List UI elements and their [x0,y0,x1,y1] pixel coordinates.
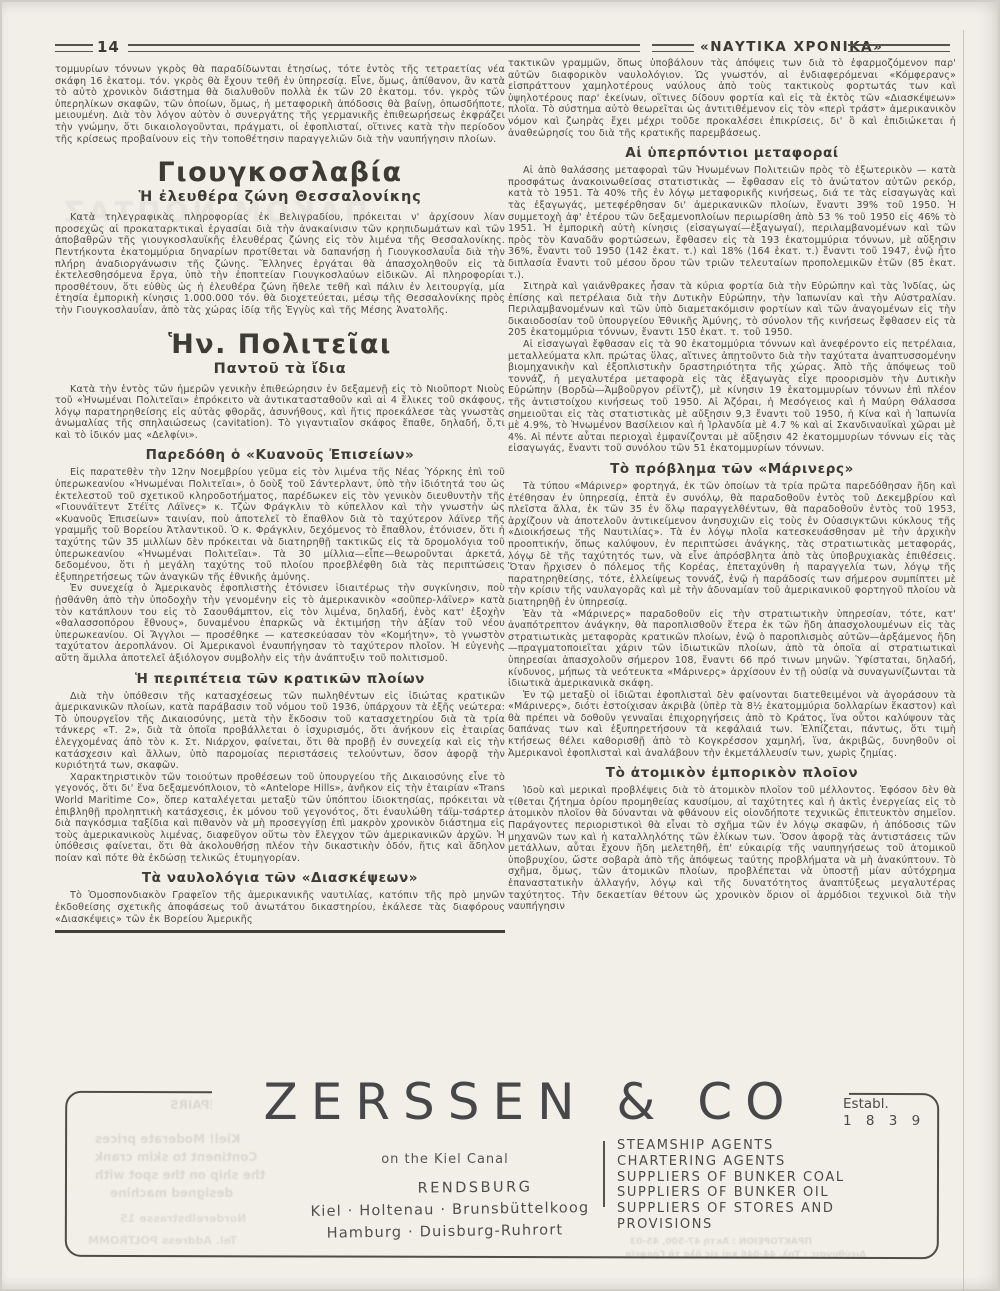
ad-established-label: Establ. [843,1096,925,1113]
magazine-page: ΠΑΚΟΜ ΝΟΠΤΑΖ SHIP REPAIRS Kiel! Moderate… [0,0,1000,1291]
blue-riband-paragraph: Εἰς παρατεθὲν τὴν 12ην Νοεμβρίου γεῦμα ε… [55,467,505,583]
heading-conference-rates: Τὰ ναυλολόγια τῶν «Διασκέψεων» [55,870,505,886]
ad-tagline: on the Kiel Canal [300,1152,590,1167]
ad-services-rule [603,1141,605,1207]
ad-services-list: STEAMSHIP AGENTS CHARTERING AGENTS SUPPL… [617,1138,845,1233]
section-title-yugoslavia: Γιουγκοσλαβία [55,158,505,187]
ad-service-item: SUPPLIERS OF STORES AND [617,1201,845,1217]
state-ships-paragraph: Διὰ τὴν ὑπόθεσιν τῆς κατασχέσεως τῶν πωλ… [55,691,505,772]
ad-service-item: SUPPLIERS OF BUNKER OIL [617,1185,845,1201]
mariners-paragraph: Ἐὰν τὰ «Μάρινερς» παραδοθοῦν εἰς τὴν στρ… [508,609,956,690]
heading-blue-riband: Παρεδόθη ὁ «Κυανοῦς Ἐπισείων» [55,447,505,463]
us-paragraph: Κατὰ τὴν ἐντὸς τῶν ἡμερῶν γενικὴν ἐπιθεώ… [55,384,505,442]
ad-established-year: 1 8 3 9 [843,1113,925,1130]
overseas-paragraph: Σιτηρὰ καὶ γαιάνθρακες ἦσαν τὰ κύρια φορ… [508,281,956,339]
mariners-paragraph: Τὰ τύπου «Μάρινερ» φορτηγά, ἐκ τῶν ὁποίω… [508,481,956,609]
scan-fold-line [963,30,964,1291]
overseas-paragraph: Αἱ ἀπὸ θαλάσσης μεταφοραὶ τῶν Ἡνωμένων Π… [508,165,956,281]
intro-paragraph: τομμυρίων τόννων γκρὸς θὰ παραδίδωνται ἐ… [55,64,505,145]
overseas-paragraph: Αἱ εἰσαγωγαὶ ἔφθασαν εἰς τὰ 90 ἑκατομμύρ… [508,339,956,455]
ad-established: Establ. 1 8 3 9 [843,1096,925,1130]
header-rule [848,44,950,52]
left-column: τομμυρίων τόννων γκρὸς θὰ παραδίδωνται ἐ… [55,64,505,933]
ad-service-item: SUPPLIERS OF BUNKER COAL [617,1170,845,1186]
heading-state-ships: Ἡ περιπέτεια τῶν κρατικῶν πλοίων [55,671,505,687]
continuation-paragraph: τακτικῶν γραμμῶν, ὅπως ὑποβάλουν τὰς ἀπό… [508,58,956,139]
ad-service-item: PROVISIONS [617,1217,845,1233]
heading-mariners-problem: Τὸ πρόβλημα τῶν «Μάρινερς» [508,461,956,477]
section-subtitle-same-everywhere: Παντοῦ τὰ ἴδια [55,361,505,377]
page-number: 14 [97,38,120,56]
ad-service-item: CHARTERING AGENTS [617,1154,845,1170]
right-column: τακτικῶν γραμμῶν, ὅπως ὑποβάλουν τὰς ἀπό… [508,58,956,913]
ad-company-name: ZERSSEN & CO [212,1076,849,1128]
header-rule [652,44,694,52]
atomic-ship-paragraph: Ἰδοὺ καὶ μερικαὶ προβλέψεις διὰ τὸ ἀτομι… [508,785,956,913]
column-end-rule [55,930,505,933]
section-subtitle-free-zone: Ἡ ἐλευθέρα ζώνη Θεσσαλονίκης [55,189,505,205]
mariners-paragraph: Ἐν τῷ μεταξὺ οἱ ἰδιῶται ἐφοπλισταὶ δὲν φ… [508,690,956,760]
ad-service-item: STEAMSHIP AGENTS [617,1138,845,1154]
conference-rates-paragraph: Τὸ Ὁμοσπονδιακὸν Γραφεῖον τῆς ἀμερικανικ… [55,890,505,925]
yugoslavia-paragraph: Κατὰ τηλεγραφικὰς πληροφορίας ἐκ Βελιγρα… [55,212,505,316]
state-ships-paragraph: Χαρακτηριστικὸν τῶν τοιούτων προθέσεων τ… [55,772,505,865]
header-rule [128,44,640,52]
heading-overseas-transport: Αἱ ὑπερπόντιοι μεταφοραί [508,145,956,161]
page-header: 14 «ΝΑΥΤΙΚΑ ΧΡΟΝΙΚΑ» [0,38,1000,58]
section-title-united-states: Ἡν. Πολιτεῖαι [55,330,505,359]
heading-atomic-ship: Τὸ ἀτομικὸν ἐμπορικὸν πλοῖον [508,765,956,781]
blue-riband-paragraph: Ἐν συνεχείᾳ ὁ Ἀμερικανὸς ἐφοπλιστὴς ἐτόν… [55,583,505,664]
header-rule [55,44,93,52]
